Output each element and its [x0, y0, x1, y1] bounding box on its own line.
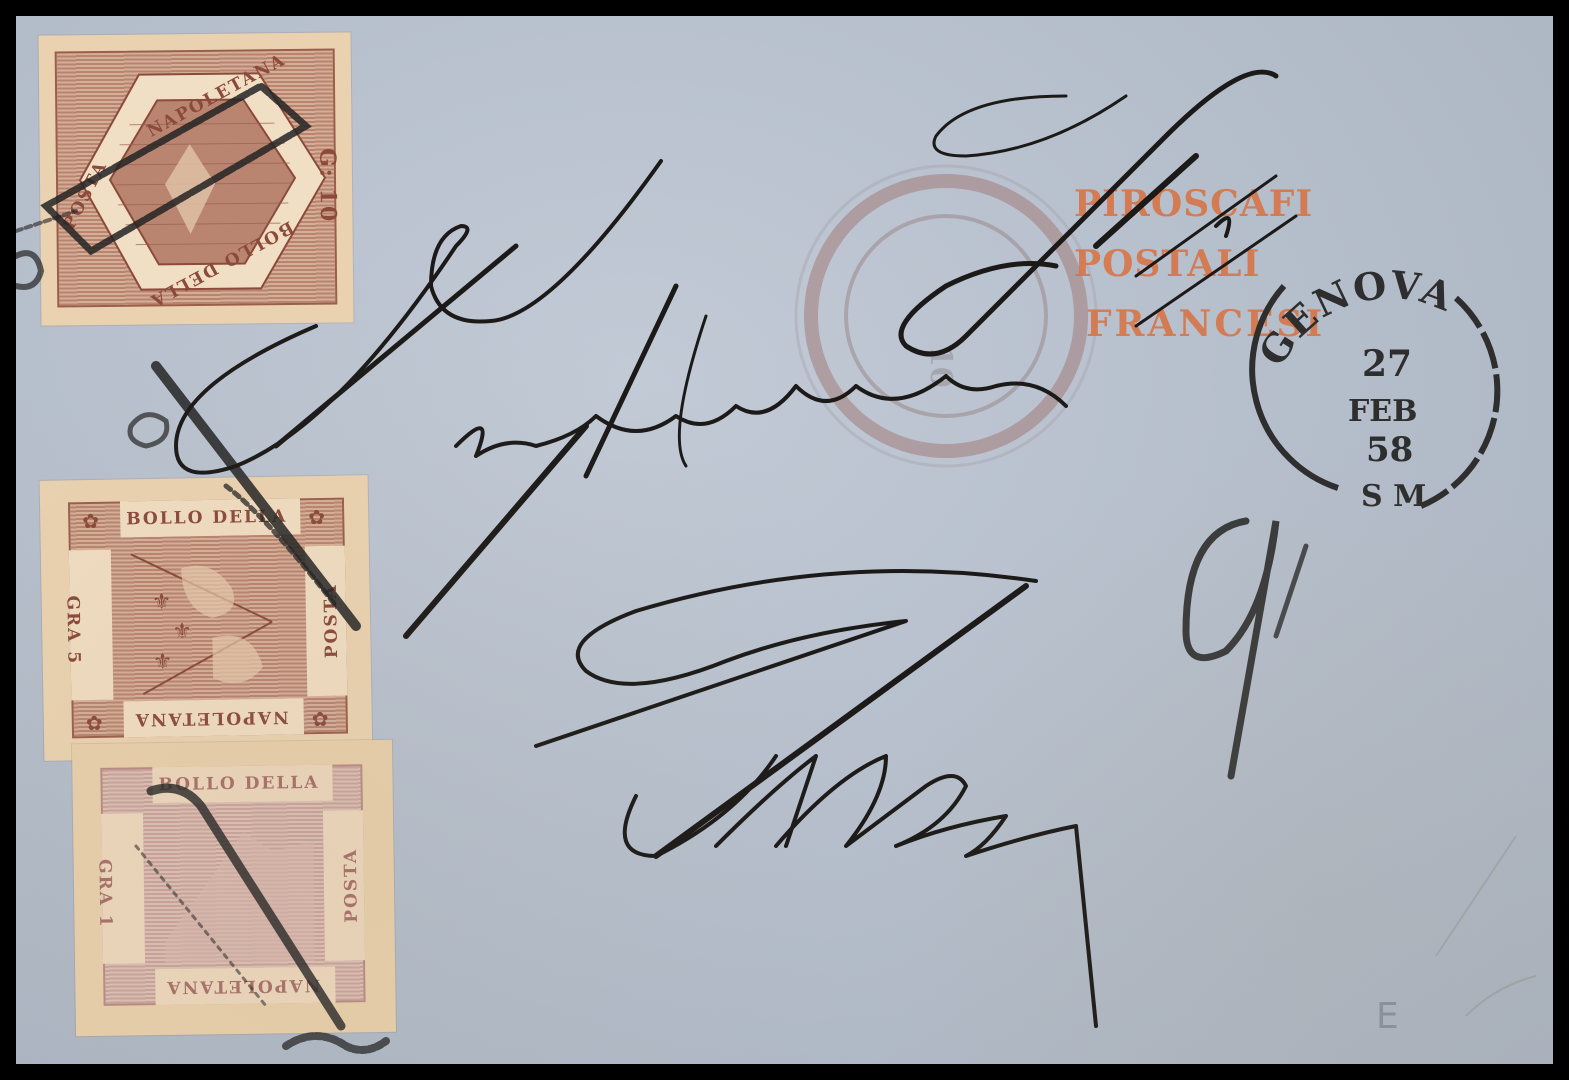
- photo-frame: NAPOLETANA POSTA BOLLO DELLA G: 10 ⚜ ⚜ ⚜…: [0, 0, 1569, 1080]
- pencil-scribble: [1436, 836, 1536, 1016]
- faint-circular-postmark: [796, 166, 1096, 466]
- pencil-note: E: [1376, 996, 1399, 1037]
- handwritten-address: [176, 72, 1296, 1026]
- svg-text:POSTALI: POSTALI: [1074, 243, 1260, 285]
- svg-text:27: 27: [1362, 343, 1412, 385]
- cancel-marks: [16, 86, 386, 1050]
- genova-datestamp: GENOVA 27 FEB 58 S M: [1250, 262, 1498, 514]
- postal-cover: NAPOLETANA POSTA BOLLO DELLA G: 10 ⚜ ⚜ ⚜…: [16, 16, 1553, 1064]
- svg-text:FEB: FEB: [1348, 394, 1418, 429]
- svg-text:S M: S M: [1361, 479, 1426, 514]
- svg-text:GENOVA: GENOVA: [1250, 262, 1461, 374]
- ink-overlay: 10 PIROSCAFI POSTALI FRANCESI GENOVA 27 …: [16, 16, 1553, 1064]
- manuscript-rate-mark: [1186, 521, 1306, 776]
- svg-text:58: 58: [1366, 430, 1413, 470]
